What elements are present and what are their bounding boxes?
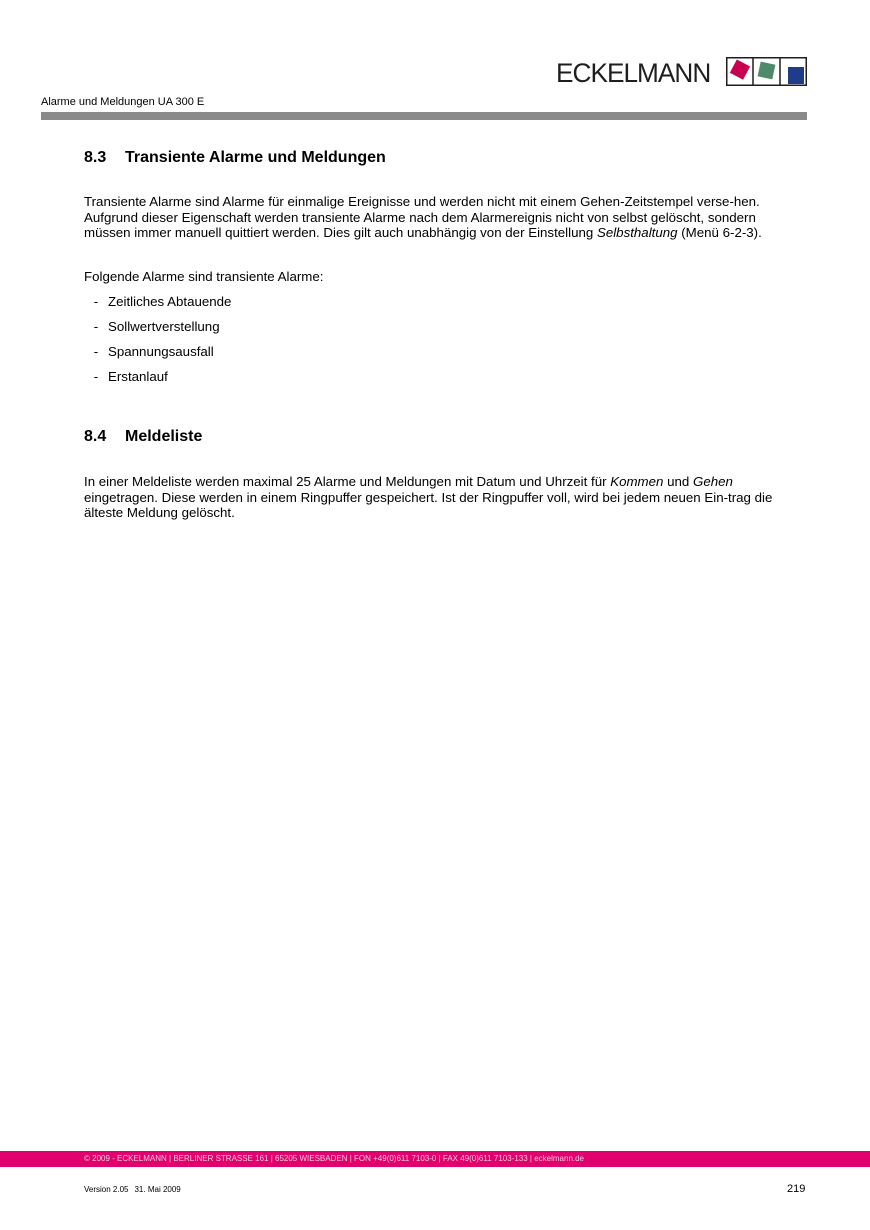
running-title: Alarme und Meldungen UA 300 E [41, 96, 204, 108]
section-title: Meldeliste [125, 428, 202, 445]
header-rule [41, 112, 807, 120]
footer-band: © 2009 - ECKELMANN | BERLINER STRASSE 16… [0, 1151, 870, 1167]
list-marker: - [84, 319, 108, 344]
brand-name: ECKELMANN [556, 57, 710, 89]
list-item: -Erstanlauf [84, 369, 231, 394]
list-item: -Zeitliches Abtauende [84, 294, 231, 319]
list-item: -Sollwertverstellung [84, 319, 231, 344]
list-item-text: Sollwertverstellung [108, 319, 220, 344]
section-heading-8-4: 8.4Meldeliste [84, 428, 202, 446]
section-heading-8-3: 8.3Transiente Alarme und Meldungen [84, 149, 386, 167]
section-number: 8.4 [84, 428, 125, 446]
list-marker: - [84, 344, 108, 369]
paragraph-meldeliste: In einer Meldeliste werden maximal 25 Al… [84, 474, 804, 521]
list-item-text: Zeitliches Abtauende [108, 294, 231, 319]
emphasis-kommen: Kommen [610, 474, 663, 489]
list-item-text: Erstanlauf [108, 369, 168, 394]
paragraph-text: und [663, 474, 693, 489]
paragraph-text: (Menü 6-2-3). [678, 225, 762, 240]
paragraph-transient-alarms: Transiente Alarme sind Alarme für einmal… [84, 194, 804, 241]
list-item: -Spannungsausfall [84, 344, 231, 369]
version-number: Version 2.05 [84, 1185, 128, 1194]
section-number: 8.3 [84, 149, 125, 167]
version-date: 31. Mai 2009 [134, 1185, 180, 1194]
paragraph-text: eingetragen. Diese werden in einem Ringp… [84, 490, 772, 521]
version-info: Version 2.0531. Mai 2009 [84, 1185, 181, 1194]
transient-alarm-list: -Zeitliches Abtauende -Sollwertverstellu… [84, 294, 231, 394]
list-item-text: Spannungsausfall [108, 344, 214, 369]
paragraph-text: In einer Meldeliste werden maximal 25 Al… [84, 474, 610, 489]
list-marker: - [84, 369, 108, 394]
logo-squares-icon [726, 57, 807, 86]
emphasis-gehen: Gehen [693, 474, 733, 489]
section-title: Transiente Alarme und Meldungen [125, 149, 386, 166]
eckelmann-logo: ECKELMANN [556, 57, 715, 89]
footer-contact-info: © 2009 - ECKELMANN | BERLINER STRASSE 16… [84, 1153, 584, 1165]
list-marker: - [84, 294, 108, 319]
page-number: 219 [787, 1183, 805, 1195]
emphasis-selbsthaltung: Selbsthaltung [597, 225, 678, 240]
paragraph-list-intro: Folgende Alarme sind transiente Alarme: [84, 269, 804, 285]
